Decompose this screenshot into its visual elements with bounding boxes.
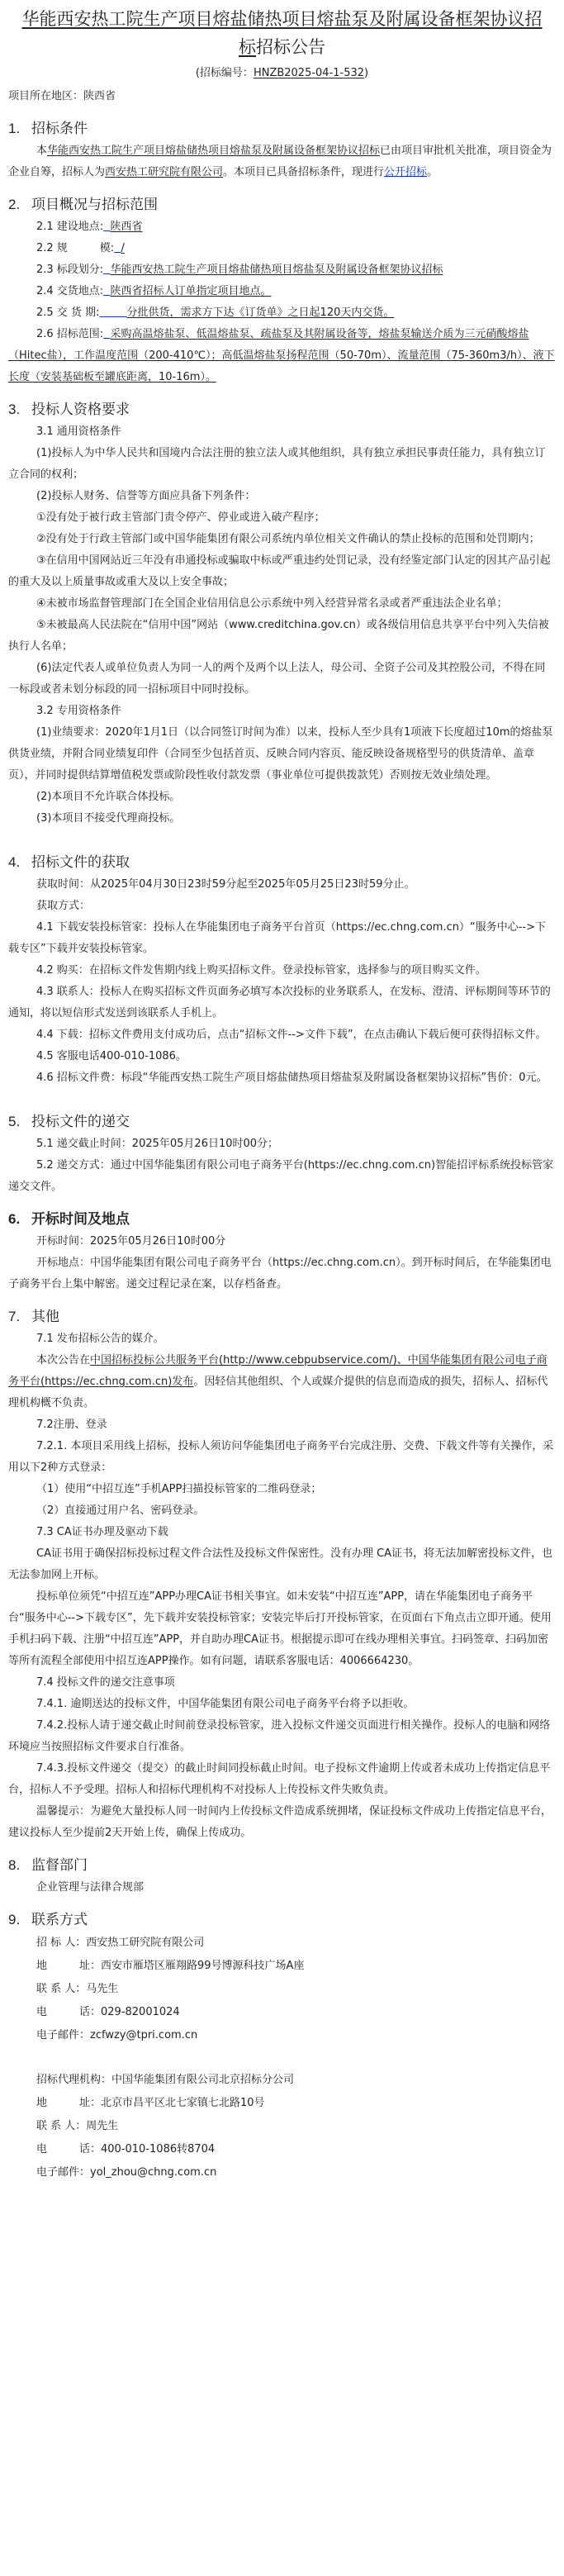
- section-title: 联系方式: [31, 1912, 88, 1927]
- submission-note: 7.4.1. 逾期送达的投标文件，中国华能集团有限公司电子商务平台将予以拒收。: [8, 1694, 556, 1715]
- subsection-7-1-title: 7.1 发布招标公告的媒介。: [8, 1328, 556, 1350]
- obtain-item: 4.3 联系人：投标人在购买招标文件页面务必填写本次投标的业务联系人，在发标、澄…: [8, 981, 556, 1024]
- section-3-heading: 3.投标人资格要求: [8, 398, 556, 421]
- tender-code-prefix: (招标编号：: [196, 67, 254, 79]
- contact-row: 地 址：北京市昌平区北七家镇七北路10号: [8, 2092, 556, 2115]
- contact-value: 029-82001024: [101, 2006, 180, 2018]
- section-2-heading: 2.项目概况与招标范围: [8, 193, 556, 216]
- section-9-heading: 9.联系方式: [8, 1908, 556, 1932]
- title-line2-underlined: 标: [239, 37, 256, 57]
- obtain-item: 4.5 客服电话400-010-1086。: [8, 1046, 556, 1067]
- section-1-heading: 1.招标条件: [8, 117, 556, 140]
- registration-item: 7.2.1. 本项目采用线上招标，投标人须访问华能集团电子商务平台完成注册、交费…: [8, 1436, 556, 1479]
- special-qualification-item: (2)本项目不允许联合体投标。: [8, 787, 556, 808]
- qualification-item: (6)法定代表人或单位负责人为同一人的两个及两个以上法人，母公司、全资子公司及其…: [8, 658, 556, 701]
- text: 本次公告在: [36, 1354, 90, 1366]
- item-value: 分批供货，需求方下达《订货单》之日起120天内交货。: [127, 307, 395, 319]
- item-value: 陕西省招标人订单指定项目地点。: [110, 285, 271, 297]
- section-number: 2.: [8, 193, 31, 216]
- item-label: 2.3 标段划分:: [36, 264, 103, 276]
- section-number: 9.: [8, 1908, 31, 1932]
- contact-value: 周先生: [86, 2120, 118, 2132]
- ca-item: CA证书用于确保招标投标过程文件合法性及投标文件保密性。没有办理 CA证书，将无…: [8, 1543, 556, 1586]
- email-value[interactable]: zcfwzy@tpri.com.cn: [90, 2029, 197, 2041]
- contact-label: 联 系 人：: [36, 1978, 86, 2001]
- contact-label: 电子邮件：: [36, 2161, 90, 2184]
- title-line2-rest: 招标公告: [256, 37, 325, 57]
- item-2-2: 2.2 规 模: /: [8, 238, 556, 259]
- opening-time: 开标时间：2025年05月26日10时00分: [8, 1231, 556, 1252]
- agency-contact: 招标代理机构：中国华能集团有限公司北京招标分公司 地 址：北京市昌平区北七家镇七…: [8, 2069, 556, 2184]
- section-title: 项目概况与招标范围: [31, 197, 158, 212]
- submission-note: 7.4.3.投标文件递交（提交）的截止时间同投标截止时间。电子投标文件逾期上传或…: [8, 1758, 556, 1801]
- text: 。本项目已具备招标条件，现进行: [223, 166, 384, 178]
- item-2-4: 2.4 交货地点: 陕西省招标人订单指定项目地点。: [8, 281, 556, 302]
- section-number: 3.: [8, 398, 31, 421]
- contact-row: 招 标 人：西安热工研究院有限公司: [8, 1932, 556, 1955]
- contact-row: 地 址：西安市雁塔区雁翔路99号博源科技广场A座: [8, 1955, 556, 1978]
- section-number: 8.: [8, 1854, 31, 1877]
- title-line1: 华能西安热工院生产项目熔盐储热项目熔盐泵及附属设备框架协议招: [22, 9, 543, 29]
- page-title: 华能西安热工院生产项目熔盐储热项目熔盐泵及附属设备框架协议招 标招标公告: [8, 3, 556, 61]
- section-title: 其他: [31, 1309, 59, 1324]
- section-title: 投标文件的递交: [31, 1114, 130, 1129]
- qualification-item: ①没有处于被行政主管部门责令停产、停业或进入破产程序；: [8, 507, 556, 529]
- section-title: 招标条件: [31, 121, 88, 136]
- obtain-item: 4.2 购买：在招标文件发售期内线上购买招标文件。登录投标管家，选择参与的项目购…: [8, 960, 556, 981]
- qualification-item: (1)投标人为中华人民共和国境内合法注册的独立法人或其他组织，具有独立承担民事责…: [8, 443, 556, 486]
- tender-code-value: HNZB2025-04-1-532: [254, 67, 364, 79]
- obtain-method: 获取方式：: [8, 896, 556, 917]
- qualification-item: (2)投标人财务、信誉等方面应具备下列条件：: [8, 486, 556, 507]
- text: 。: [427, 166, 438, 178]
- contact-value: 马先生: [86, 1983, 118, 1995]
- section-title: 开标时间及地点: [31, 1211, 130, 1227]
- section-1-paragraph: 本华能西安热工院生产项目熔盐储热项目熔盐泵及附属设备框架协议招标已由项目审批机关…: [8, 140, 556, 183]
- region-value: 陕西省: [83, 90, 116, 102]
- contact-row: 电子邮件：yol_zhou@chng.com.cn: [8, 2161, 556, 2184]
- region-label: 项目所在地区：: [8, 90, 83, 102]
- contact-value: 北京市昌平区北七家镇七北路10号: [101, 2097, 265, 2109]
- section-number: 1.: [8, 117, 31, 140]
- tenderer-contact: 招 标 人：西安热工研究院有限公司 地 址：西安市雁塔区雁翔路99号博源科技广场…: [8, 1932, 556, 2047]
- registration-item: （1）使用“中招互连”手机APP扫描投标管家的二维码登录；: [8, 1479, 556, 1500]
- contact-label: 电 话：: [36, 2001, 101, 2024]
- announcement-document: 华能西安热工院生产项目熔盐储热项目熔盐泵及附属设备框架协议招 标招标公告 (招标…: [0, 0, 564, 2201]
- item-label: 2.6 招标范围:: [36, 328, 103, 340]
- obtain-time: 获取时间：从2025年04月30日23时59分起至2025年05月25日23时5…: [8, 874, 556, 896]
- qualification-item: ④未被市场监督管理部门在全国企业信用信息公示系统中列入经营异常名录或者严重违法企…: [8, 593, 556, 615]
- section-8-heading: 8.监督部门: [8, 1854, 556, 1877]
- submission-note: 7.4.2.投标人请于递交截止时间前登录投标管家，进入投标文件递交页面进行相关操…: [8, 1715, 556, 1758]
- contact-label: 招标代理机构：: [36, 2069, 111, 2092]
- item-2-5: 2.5 交 货 期: 分批供货，需求方下达《订货单》之日起120天内交货。: [8, 302, 556, 324]
- subsection-3-1-title: 3.1 通用资格条件: [8, 421, 556, 443]
- section-number: 5.: [8, 1110, 31, 1134]
- section-6-heading: 6.开标时间及地点: [8, 1208, 556, 1231]
- item-2-6: 2.6 招标范围: 采购高温熔盐泵、低温熔盐泵、疏盐泵及其附属设备等，熔盐泵输送…: [8, 324, 556, 388]
- supervision-dept: 企业管理与法律合规部: [8, 1877, 556, 1899]
- qualification-item: ②没有处于行政主管部门或中国华能集团有限公司系统内单位相关文件确认的禁止投标的范…: [8, 529, 556, 550]
- item-2-3: 2.3 标段划分: 华能西安热工院生产项目熔盐储热项目熔盐泵及附属设备框架协议招…: [8, 259, 556, 281]
- open-tender-link[interactable]: 公开招标: [384, 166, 427, 178]
- contact-label: 地 址：: [36, 1955, 101, 1978]
- section-title: 监督部门: [31, 1857, 88, 1873]
- obtain-item: 4.4 下载：招标文件费用支付成功后，点击“招标文件-->文件下载”，在点击确认…: [8, 1024, 556, 1046]
- contact-label: 电子邮件：: [36, 2024, 90, 2047]
- section-5-heading: 5.投标文件的递交: [8, 1110, 556, 1134]
- qualification-item: ⑤未被最高人民法院在“信用中国”网站（www.creditchina.gov.c…: [8, 615, 556, 658]
- item-value: 陕西省: [110, 221, 142, 233]
- section-number: 4.: [8, 851, 31, 874]
- section-7-heading: 7.其他: [8, 1305, 556, 1328]
- tender-code: (招标编号：HNZB2025-04-1-532): [8, 63, 556, 84]
- section-4-heading: 4.招标文件的获取: [8, 851, 556, 874]
- registration-item: （2）直接通过用户名、密码登录。: [8, 1500, 556, 1522]
- tenderer-name: 西安热工研究院有限公司: [105, 166, 223, 178]
- special-qualification-item: (1)业绩要求：2020年1月1日（以合同签订时间为准）以来，投标人至少具有1项…: [8, 722, 556, 787]
- media-paragraph: 本次公告在中国招标投标公共服务平台(http://www.cebpubservi…: [8, 1350, 556, 1414]
- item-2-1: 2.1 建设地点: 陕西省: [8, 216, 556, 238]
- contact-label: 电 话：: [36, 2138, 101, 2161]
- project-region: 项目所在地区：陕西省: [8, 86, 556, 107]
- opening-place: 开标地点：中国华能集团有限公司电子商务平台（https://ec.chng.co…: [8, 1252, 556, 1295]
- tender-code-suffix: ): [364, 67, 368, 79]
- submission-item: 5.1 递交截止时间：2025年05月26日10时00分；: [8, 1134, 556, 1155]
- contact-row: 联 系 人：马先生: [8, 1978, 556, 2001]
- contact-row: 电 话：400-010-1086转8704: [8, 2138, 556, 2161]
- contact-value: 中国华能集团有限公司北京招标分公司: [111, 2074, 294, 2086]
- warm-tip: 温馨提示：为避免大量投标人同一时间内上传投标文件造成系统拥堵，保证投标文件成功上…: [8, 1801, 556, 1844]
- contact-label: 招 标 人：: [36, 1932, 86, 1955]
- contact-label: 地 址：: [36, 2092, 101, 2115]
- text: 本: [36, 145, 47, 157]
- ca-item: 投标单位须凭“中招互连”APP办理CA证书相关事宜。如未安装“中招互连”APP，…: [8, 1586, 556, 1672]
- obtain-item: 4.6 招标文件费：标段“华能西安热工院生产项目熔盐储热项目熔盐泵及附属设备框架…: [8, 1067, 556, 1089]
- obtain-item: 4.1 下载安装投标管家：投标人在华能集团电子商务平台首页（https://ec…: [8, 917, 556, 960]
- section-title: 投标人资格要求: [31, 402, 130, 417]
- item-label: 2.2 规 模:: [36, 242, 114, 254]
- section-title: 招标文件的获取: [31, 854, 130, 870]
- subsection-3-2-title: 3.2 专用资格条件: [8, 701, 556, 722]
- email-value[interactable]: yol_zhou@chng.com.cn: [90, 2166, 216, 2179]
- section-number: 6.: [8, 1208, 31, 1231]
- submission-item: 5.2 递交方式：通过中国华能集团有限公司电子商务平台(https://ec.c…: [8, 1155, 556, 1198]
- contact-value: 400-010-1086转8704: [101, 2143, 215, 2155]
- subsection-7-4-title: 7.4 投标文件的递交注意事项: [8, 1672, 556, 1694]
- contact-row: 联 系 人：周先生: [8, 2115, 556, 2138]
- contact-row: 电 话：029-82001024: [8, 2001, 556, 2024]
- contact-label: 联 系 人：: [36, 2115, 86, 2138]
- section-number: 7.: [8, 1305, 31, 1328]
- contact-value: 西安热工研究院有限公司: [86, 1937, 204, 1949]
- spacer: [8, 2047, 556, 2069]
- project-name: 华能西安热工院生产项目熔盐储热项目熔盐泵及附属设备框架协议招标: [47, 145, 380, 157]
- item-label: 2.4 交货地点:: [36, 285, 103, 297]
- contact-row: 电子邮件：zcfwzy@tpri.com.cn: [8, 2024, 556, 2047]
- item-label: 2.1 建设地点:: [36, 221, 103, 233]
- item-value: /: [121, 242, 124, 254]
- contact-row: 招标代理机构：中国华能集团有限公司北京招标分公司: [8, 2069, 556, 2092]
- subsection-7-3-title: 7.3 CA证书办理及驱动下载: [8, 1522, 556, 1543]
- contact-value: 西安市雁塔区雁翔路99号博源科技广场A座: [101, 1960, 304, 1972]
- item-label: 2.5 交 货 期:: [36, 307, 99, 319]
- item-value: 华能西安热工院生产项目熔盐储热项目熔盐泵及附属设备框架协议招标: [110, 264, 443, 276]
- qualification-item: ③在信用中国网站近三年没有串通投标或骗取中标或严重违约处罚记录，没有经鉴定部门认…: [8, 550, 556, 593]
- subsection-7-2-title: 7.2注册、登录: [8, 1414, 556, 1436]
- special-qualification-item: (3)本项目不接受代理商投标。: [8, 808, 556, 829]
